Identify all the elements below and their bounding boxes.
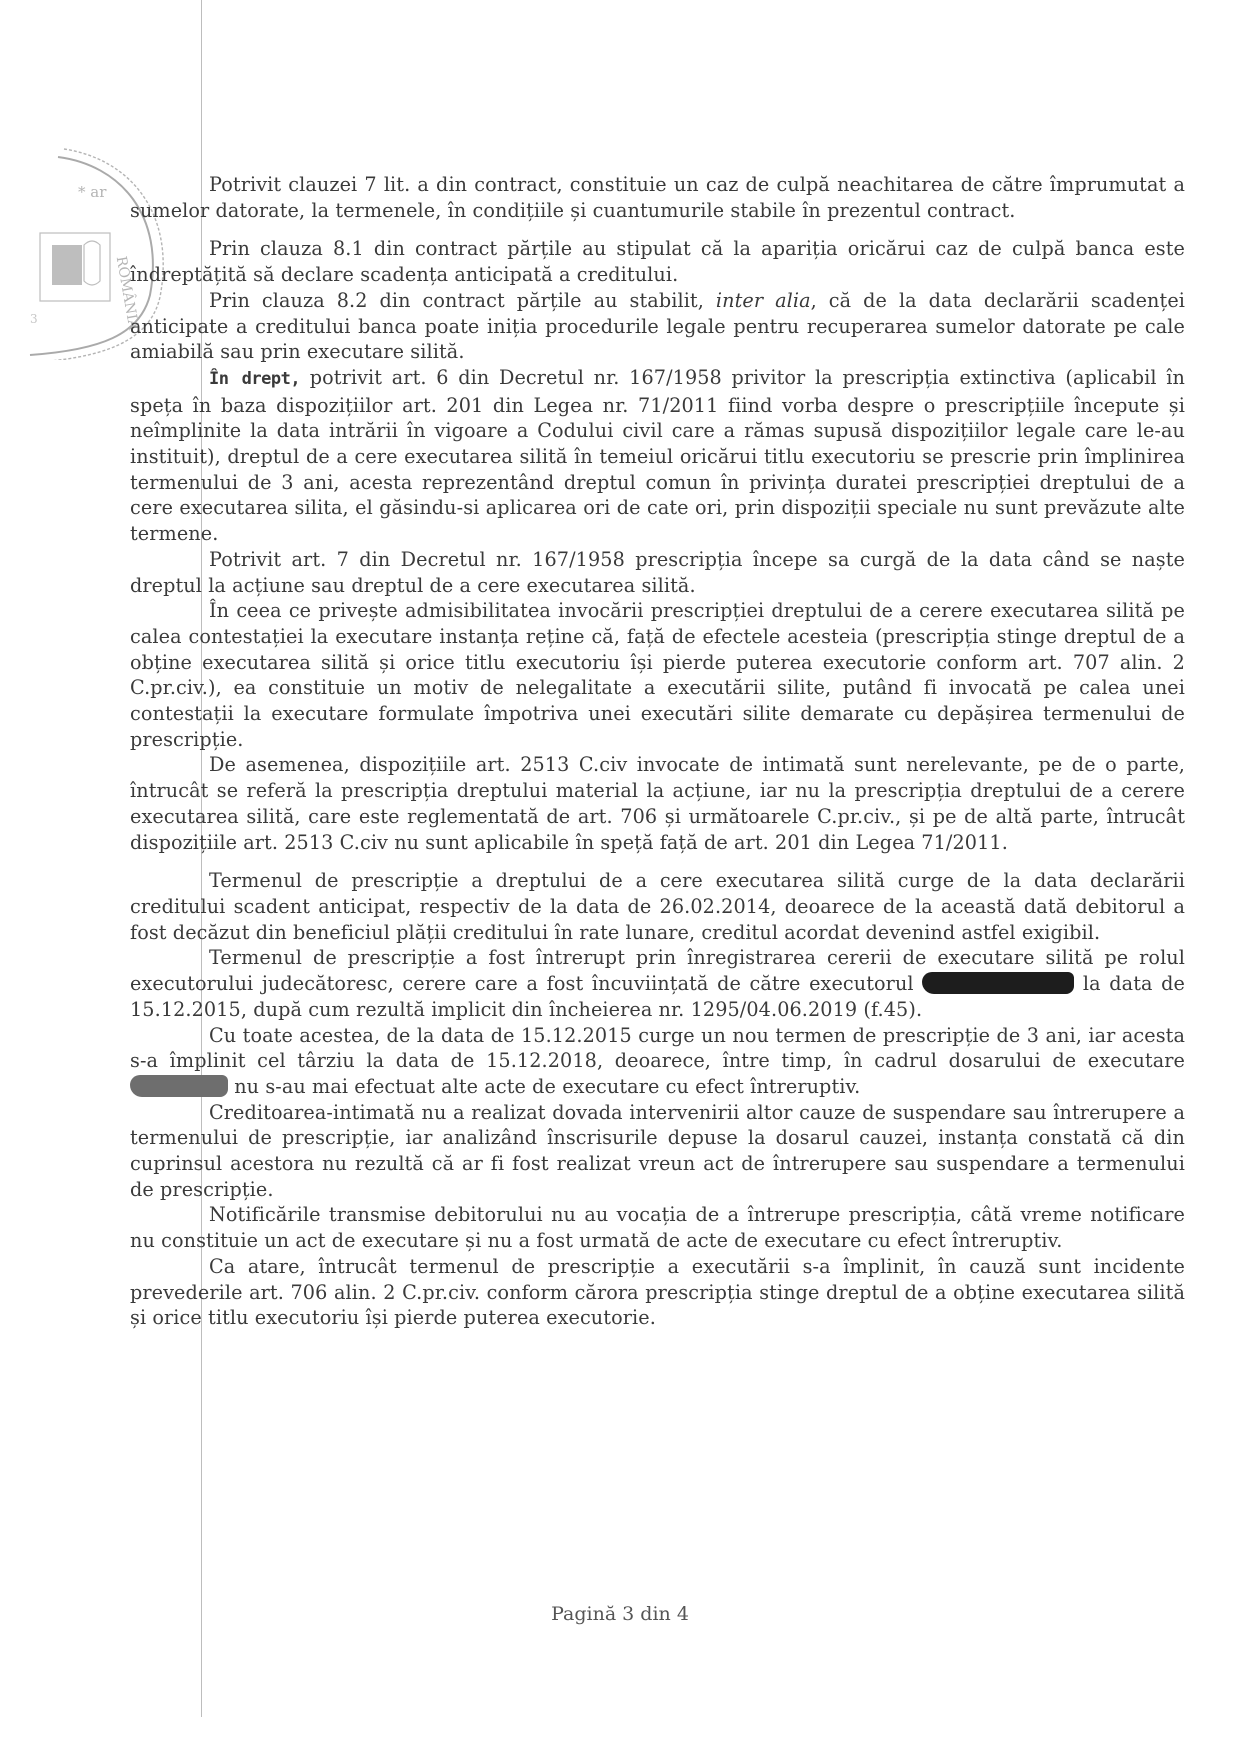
nou-termen-part-1: Cu toate acestea, de la data de 15.12.20… — [130, 1024, 1185, 1073]
paragraph-termen-prescriptie: Termenul de prescripție a dreptului de a… — [130, 868, 1185, 945]
paragraph-creditoare: Creditoarea-intimată nu a realizat dovad… — [130, 1100, 1185, 1203]
svg-text:3: 3 — [30, 312, 38, 326]
page-number-footer: Pagină 3 din 4 — [0, 1603, 1240, 1625]
in-drept-heading: În drept, — [209, 369, 300, 389]
paragraph-clause-8-1: Prin clauza 8.1 din contract părțile au … — [130, 236, 1185, 287]
clause-8-2-before: Prin clauza 8.2 din contract părțile au … — [209, 289, 716, 312]
redacted-executor-name — [922, 972, 1074, 994]
paragraph-clause-8-2: Prin clauza 8.2 din contract părțile au … — [130, 288, 1185, 365]
redacted-file-number — [130, 1075, 228, 1097]
paragraph-in-drept: În drept, potrivit art. 6 din Decretul n… — [130, 365, 1185, 547]
inter-alia-italic: inter alia — [716, 289, 811, 312]
paragraph-notificari: Notificările transmise debitorului nu au… — [130, 1202, 1185, 1253]
in-drept-text: potrivit art. 6 din Decretul nr. 167/195… — [130, 366, 1185, 545]
paragraph-art-7: Potrivit art. 7 din Decretul nr. 167/195… — [130, 547, 1185, 598]
paragraph-intrerupere: Termenul de prescripție a fost întrerupt… — [130, 945, 1185, 1022]
nou-termen-part-2: nu s-au mai efectuat alte acte de execut… — [228, 1075, 860, 1098]
paragraph-admisibilitate: În ceea ce privește admisibilitatea invo… — [130, 598, 1185, 752]
paragraph-art-2513: De asemenea, dispozițiile art. 2513 C.ci… — [130, 752, 1185, 855]
paragraph-concluzie: Ca atare, întrucât termenul de prescripț… — [130, 1254, 1185, 1331]
document-body: Potrivit clauzei 7 lit. a din contract, … — [130, 172, 1185, 1331]
svg-text:* ar: * ar — [78, 183, 107, 201]
paragraph-clause-7: Potrivit clauzei 7 lit. a din contract, … — [130, 172, 1185, 223]
paragraph-nou-termen: Cu toate acestea, de la data de 15.12.20… — [130, 1023, 1185, 1100]
